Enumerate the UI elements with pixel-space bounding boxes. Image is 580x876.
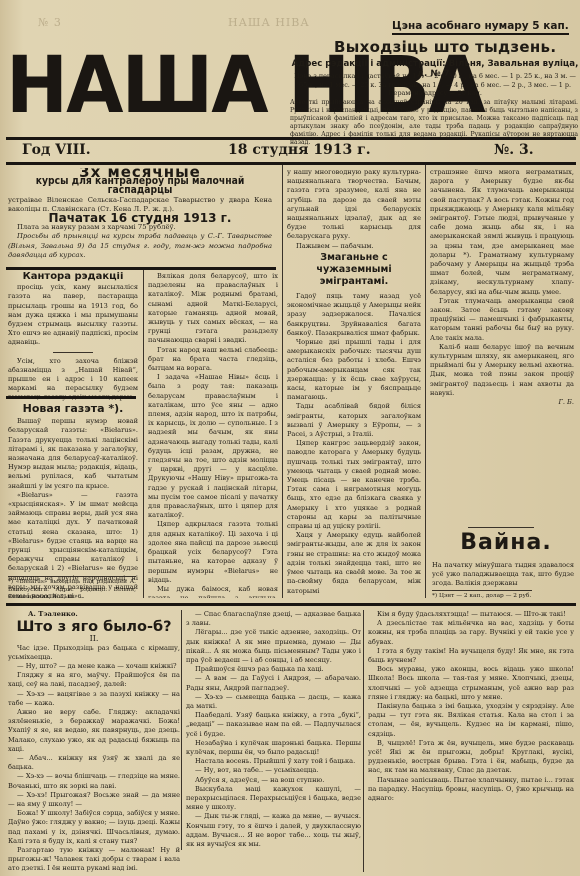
story-part: II.	[8, 634, 180, 643]
story-paragraph: — Ну, што? — да мене кажа — хочаш кніжкі…	[8, 662, 180, 671]
dateline: Год VIII. 18 студня 1913 г. №. 3.	[6, 140, 576, 162]
column-divider	[282, 165, 283, 598]
masthead-word-left: НАША	[6, 40, 267, 132]
new-paper-p1: Вышаў першы нумэр новай беларускай газэт…	[8, 417, 138, 491]
story-paragraph: Пачынае запісываць. Пытае хлапчынку, пыт…	[368, 776, 574, 804]
war-text: На пачатку мінуўшага тыдня здавалося усё…	[432, 561, 574, 589]
new-paper-article: Новая газэта *). Вышаў першы нумэр новай…	[8, 402, 138, 598]
courses-fee: Плата за навуку разам з харчамі 75 рублё…	[8, 223, 272, 232]
story-paragraph: — Спас благаслаўляе дзеці, — адказвае ба…	[186, 610, 361, 628]
story-paragraph: — А вам — да Гаўусі і Андрэя, — абарачаю…	[186, 674, 361, 692]
emigrants-p5: Хаця у Амерыку едуць найболей эмігранты-…	[287, 531, 421, 595]
culture-p1: у нашу многоводную раку культурна-нацыян…	[287, 168, 421, 242]
story-paragraph: — Хэ-хэ — вацягівае з за пазухі кніжку —…	[8, 690, 180, 708]
middle-p5: Мы дужа баімося, каб новая газэта не пай…	[148, 585, 278, 598]
ghost-running-title: НАША НІВА	[228, 16, 310, 29]
story-paragraph: Час ідзе. Прыходзіць раз бацька с кірмаш…	[8, 644, 180, 662]
story-paragraph: Прайшоўся ёшчэ раз бацька па хаці.	[186, 665, 361, 674]
rule-dateline-bottom	[6, 162, 576, 165]
courses-subtitle: курсы для кантралероў пры малочнай гаспа…	[24, 177, 256, 195]
middle-article: Вялікая доля беларусоў, што ix падзелены…	[148, 272, 278, 598]
story-title: Што з яго было-б?	[8, 623, 180, 632]
newspaper-page: № 3 НАША НІВА НАША НІВА Цэна асобнаго ну…	[0, 0, 580, 876]
story-paragraph: — Хэ-хэ — сьмяецца бацька — дасць, — каж…	[186, 693, 361, 711]
rule-office-bottom	[6, 396, 136, 399]
story-paragraph: Выскубала маці кажухок кашулі, — перахры…	[186, 785, 361, 813]
emigrants-p2: Чорные дні прышлі тады і для амерыканскі…	[287, 338, 421, 402]
story-paragraph: — Абач... кніжку ня ўзяў ж хвалі да яе б…	[8, 754, 180, 772]
story-col-3: Кім я буду ўдасьляхтэцца! — пытаюся. — Ш…	[368, 610, 574, 860]
story-author: А. Тэаленко.	[28, 610, 180, 619]
story-paragraph: І гэта я буду такім! На вучыцеля буду! Я…	[368, 647, 574, 665]
war-title: Вайна.	[436, 530, 576, 555]
story-paragraph: Абуўся я, адзеўся, — на вош ступню.	[186, 776, 361, 785]
story-paragraph: Лёгары... дзе усё тыкіс адзенне, заходзі…	[186, 628, 361, 665]
culture-p2: Пажывем — пабачым.	[287, 242, 421, 250]
office-notice-title: Кантора рэдакціі	[8, 272, 138, 281]
publication-frequency: Выходзіць штo тыдзень.	[334, 38, 556, 56]
story-col-1-body: Час ідзе. Прыходзіць раз бацька с кірмаш…	[8, 644, 180, 872]
story-paragraph: Настала восень. Прыйшлі ў хату той і бац…	[186, 757, 361, 766]
story-paragraph: Вось муравы, ужо аконцы, вось відаць ужо…	[368, 665, 574, 702]
ghost-running-head: № 3	[38, 16, 62, 29]
column-divider	[181, 610, 182, 850]
story-col-2: — Спас благаслаўляе дзеці, — адказвае ба…	[186, 610, 361, 872]
middle-p2: Гэтак народ наш вельмі слабеець: брат на…	[148, 346, 278, 374]
courses-start: Пачатак 16 студня 1913 г.	[8, 214, 272, 223]
story-paragraph: Паабедалі. Узяў бацька кніжку, а гэта „б…	[186, 711, 361, 739]
courses-apply: Просьбы аб прыняцці на курсы трэба падав…	[8, 232, 272, 260]
emigrants-p1: Гадоў пяць таму назад усё экономічнае жы…	[287, 292, 421, 338]
column-divider	[363, 610, 364, 872]
story-col-1: А. Тэаленко. Што з яго было-б? II. Час і…	[8, 610, 180, 872]
emigrants-p4: Цяпер кангрэс зацьвердзіў закон, паводле…	[287, 439, 421, 531]
office-notice: Кантора рэдакціі просіць усіх, каму высы…	[8, 272, 138, 404]
emigrants-p3: Тады асаблівай бядой біліся эмігранты, к…	[287, 402, 421, 439]
story-paragraph: — Хэ-хэ — вочы блішчаць — гледзіце на мя…	[8, 772, 180, 790]
story-paragraph: А дзесьлістае так мільёнчкa на вас, хадз…	[368, 619, 574, 647]
right-p1: страшэнне ёшчэ многа неграматных, дарога…	[430, 168, 574, 297]
story-paragraph: Божа! У школу! Забіўся сэрца, забіўся у …	[8, 809, 180, 846]
story-paragraph: — Хэ-хэ! Прыгожая? Восьже знай — да мяне…	[8, 791, 180, 809]
story-paragraph: Кім я буду ўдасьляхтэцца! — пытаюся. — Ш…	[368, 610, 574, 619]
story-paragraph: — Ну, вот, на табе.. — усьміхаецца.	[186, 766, 361, 775]
story-paragraph: — Дык ты-ж гляді, — кажа да мяне, — вучы…	[186, 812, 361, 849]
story-paragraph: Ажно не веру сабе. Гляджу: акладачкі зял…	[8, 708, 180, 754]
issue-date: 18 студня 1913 г.	[228, 142, 371, 158]
new-paper-title: Новая газэта *).	[8, 404, 138, 413]
war-footnote: *) Цэнт — 2 кап., долар — 2 руб.	[432, 590, 532, 601]
right-column-article: страшэнне ёшчэ многа неграматных, дарога…	[430, 168, 574, 488]
right-p2: Гэтак тлумачаць амерыканцы свой закон. З…	[430, 297, 574, 343]
story-paragraph: Незабаўна і кулёчак шарэнькі бацька. Пер…	[186, 739, 361, 757]
subscription-rates: Цэна з перасылкай і дастаўкай на 1 г. — …	[290, 72, 580, 98]
emigrants-article: Змаганьне с чужаземнымі эмігрантамі. Гад…	[287, 252, 421, 598]
issue-price: Цэна асобнаго нумару 5 кап.	[392, 20, 569, 35]
story-paragraph: В, чыцэлё! Гэта ж ён, вучыцель, мне будз…	[368, 739, 574, 776]
story-paragraph: Гляджу я на яго, маўчу. Прайшоўся ён па …	[8, 671, 180, 689]
middle-p3: I задача «Нашае Нівы» ёсць і была з роду…	[148, 373, 278, 520]
courses-ad: 3х месячные курсы для кантралероў пры ма…	[8, 168, 272, 264]
emigrants-title: Змаганьне с чужаземнымі эмігрантамі.	[287, 252, 421, 288]
masthead-title: НАША НІВА	[6, 40, 276, 132]
column-divider	[425, 165, 426, 598]
new-paper-footnote: *) «Biełarus» выходзіць пад рэдакціей А.…	[8, 576, 136, 601]
rule-story-top	[6, 603, 576, 606]
story-paragraph: Пакінула бацька з імі бацька, уходзім у …	[368, 702, 574, 739]
story-col-2-body: — Спас благаслаўляе дзеці, — адказвае ба…	[186, 610, 361, 849]
volume-year: Год VIII.	[22, 142, 91, 158]
right-p3: Калі-б наш беларус ішоў па вечным культу…	[430, 343, 574, 398]
office-notice-p1: просіць усіх, каму высылаліся газэта на …	[8, 283, 138, 347]
culture-continuation: у нашу многоводную раку культурна-нацыян…	[287, 168, 421, 250]
column-divider	[143, 270, 144, 598]
story-paragraph: Разгартаю тую кніжку — малюнак! Ну й пры…	[8, 846, 180, 872]
issue-number: №. 3.	[494, 142, 534, 158]
middle-p1: Вялікая доля беларусоў, што ix падзелены…	[148, 272, 278, 346]
middle-p4: Цяпер адкрылася газэта толькі для адных …	[148, 520, 278, 584]
right-signature: Г. Б.	[430, 398, 574, 407]
story-col-3-body: Кім я буду ўдасьляхтэцца! — пытаюся. — Ш…	[368, 610, 574, 803]
rule-courses-bottom	[6, 267, 276, 270]
